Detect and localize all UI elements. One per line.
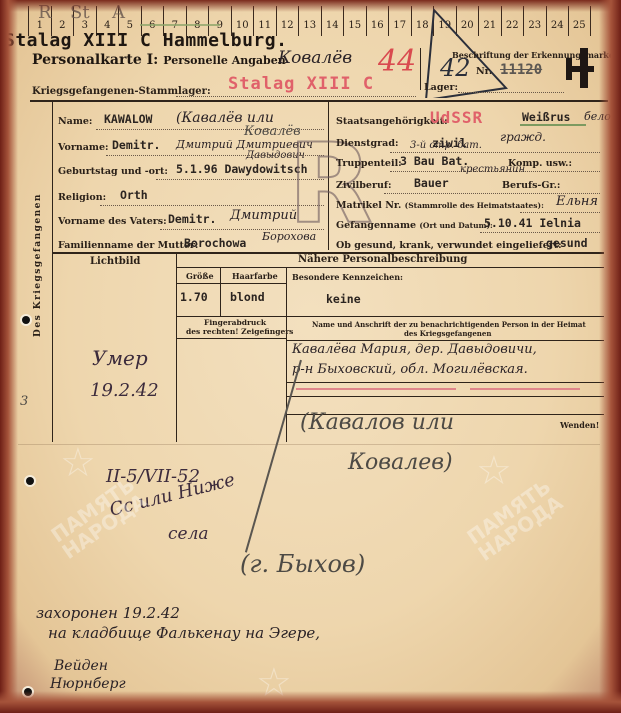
geburt-label: Geburtstag und -ort: <box>58 166 168 177</box>
camp-title: Stalag XIII C Hammelburg. <box>4 30 287 51</box>
lichtbild-label: Lichtbild <box>90 256 140 267</box>
notify-hand-2: р-н Быховский, обл. Могилёвская. <box>292 362 528 377</box>
berufsgr-label: Berufs-Gr.: <box>502 180 560 191</box>
kennzeichen-value: keine <box>326 292 361 306</box>
frame-left <box>52 100 53 442</box>
idtag-nr-label: Nr. <box>476 66 492 77</box>
notify-line-3 <box>286 396 604 397</box>
lager-dots <box>458 92 564 93</box>
dienstgrad-label: Dienstgrad: <box>336 138 399 149</box>
edge-shade-bottom <box>0 691 621 713</box>
margin-number: 3 <box>20 394 28 409</box>
burial-note-1: захоронен 19.2.42 <box>36 604 180 622</box>
truppenteil-value: 3 Bau Bat. <box>400 154 469 168</box>
zivilberuf-label: Zivilberuf: <box>336 180 391 191</box>
truppenteil-hand: 3-й стр. бат. <box>410 140 482 151</box>
dienstgrad-dots <box>390 152 600 153</box>
finger-label-1: Fingerabdruck <box>204 318 266 327</box>
burial-note-2: на кладбище Фалькенау на Эгере, <box>48 624 320 642</box>
photo-divider <box>176 252 177 442</box>
stammlager-dots <box>176 96 416 97</box>
burial-note-4: Нюрнберг <box>50 676 126 692</box>
gefangen-label-main: Gefangenname <box>336 220 416 231</box>
name-value: KAWALOW <box>104 112 152 126</box>
idtag-nr-value: 11120 <box>500 62 542 78</box>
pencil-note-2: Ковалев) <box>348 450 453 475</box>
vater-label: Vorname des Vaters: <box>58 216 167 227</box>
mutter-label: Familienname der Mutter: <box>58 240 198 251</box>
religion-value: Orth <box>120 188 148 202</box>
watermark-star-icon: ☆ <box>60 440 96 486</box>
kennzeichen-label: Besondere Kennzeichen: <box>292 272 403 282</box>
edge-shade-right <box>599 0 621 713</box>
finger-bottom-line <box>176 338 286 339</box>
purple-note-2: села <box>168 524 209 544</box>
lager-label: Lager: <box>424 82 458 93</box>
red-underline-2 <box>470 388 580 390</box>
groesse-divider <box>220 267 221 317</box>
haarfarbe-label: Haarfarbe <box>232 271 278 281</box>
haarfarbe-value: blond <box>230 290 265 304</box>
naehere-label: Nähere Personalbeschreibung <box>298 254 467 265</box>
notify-top-line <box>286 340 604 341</box>
idtag-label: Beschriftung der Erkennungsmarke <box>452 50 614 60</box>
gefangen-value: 5.10.41 Ielnia <box>484 216 581 230</box>
matrikel-label-main: Matrikel Nr. <box>336 200 401 211</box>
mutter-value: Borochowa <box>184 236 246 250</box>
green-underline <box>520 124 586 126</box>
card-title-sub: Personelle Angaben <box>163 54 286 67</box>
gefangen-dots <box>480 232 600 233</box>
punch-hole <box>26 477 34 485</box>
watermark-star-icon: ☆ <box>476 448 512 494</box>
zivilberuf-hand: крестьянин <box>460 164 525 175</box>
notify-hand-1: Кавалёва Мария, дер. Давыдовичи, <box>292 342 537 357</box>
edge-shade-top <box>0 0 621 12</box>
red-underline-1 <box>296 388 456 390</box>
name-label: Name: <box>58 116 92 127</box>
staat-value: Weißrus <box>522 110 570 124</box>
finger-label-2: des rechten! Zeigefingers <box>186 327 293 336</box>
red-number: 44 <box>378 44 416 79</box>
header-surname-hand: Ковалёв <box>278 48 352 68</box>
pencil-note-3: (г. Быхов) <box>240 550 365 578</box>
edge-shade-left <box>0 0 18 713</box>
wenden-label: Wenden! <box>560 420 599 430</box>
card-title-main: Personalkarte I: <box>32 52 158 68</box>
notify-label-1: Name und Anschrift der zu benachrichtige… <box>312 320 586 329</box>
groesse-header-line <box>176 283 286 284</box>
h-stamp-left <box>566 58 572 80</box>
matrikel-note: (Stammrolle des Heimatstaates): <box>405 201 544 210</box>
vorname-value: Demitr. <box>112 138 160 152</box>
matrikel-label: Matrikel Nr. (Stammrolle des Heimatstaat… <box>336 200 544 211</box>
stammlager-stamp: Stalag XIII C <box>228 74 374 94</box>
punch-hole <box>22 316 30 324</box>
notify-label-2: des Kriegsgefangenen <box>404 329 491 338</box>
pencil-note-1: (Кавалов или <box>300 410 454 435</box>
truppenteil-label: Truppenteil: <box>336 158 402 169</box>
matrikel-hand: Ельня <box>556 194 598 209</box>
religion-label: Religion: <box>58 192 106 203</box>
desc-header-line <box>176 267 604 268</box>
desc-middle-divider <box>286 267 287 442</box>
dienstgrad-hand: гражд. <box>500 130 546 144</box>
gesund-label: Ob gesund, krank, verwundet eingeliefert… <box>336 240 562 251</box>
frame-top <box>30 100 608 102</box>
gefangen-label: Gefangenname (Ort und Datum): <box>336 220 493 231</box>
fold-line <box>18 444 600 445</box>
vater-value: Demitr. <box>168 212 216 226</box>
photo-note-1: Умер <box>92 346 148 370</box>
photo-note-2: 19.2.42 <box>90 380 159 401</box>
green-strike <box>140 24 220 26</box>
notify-line-2 <box>286 382 604 383</box>
zivilberuf-value: Bauer <box>414 176 449 190</box>
h-stamp-right <box>580 48 588 88</box>
gefangen-note: (Ort und Datum): <box>419 221 492 230</box>
vorname-label: Vorname: <box>58 142 109 153</box>
groesse-label: Größe <box>186 271 214 281</box>
groesse-value: 1.70 <box>180 290 208 304</box>
card-title: Personalkarte I: Personelle Angaben <box>32 52 286 68</box>
staat-stamp: UdSSR <box>430 108 483 127</box>
matrikel-dots <box>520 212 600 213</box>
finger-top-line <box>176 316 604 317</box>
gesund-value: gesund <box>546 236 588 250</box>
burial-note-3: Вейден <box>54 658 108 674</box>
vertical-label: Des Kriegsgefangenen <box>30 188 44 348</box>
